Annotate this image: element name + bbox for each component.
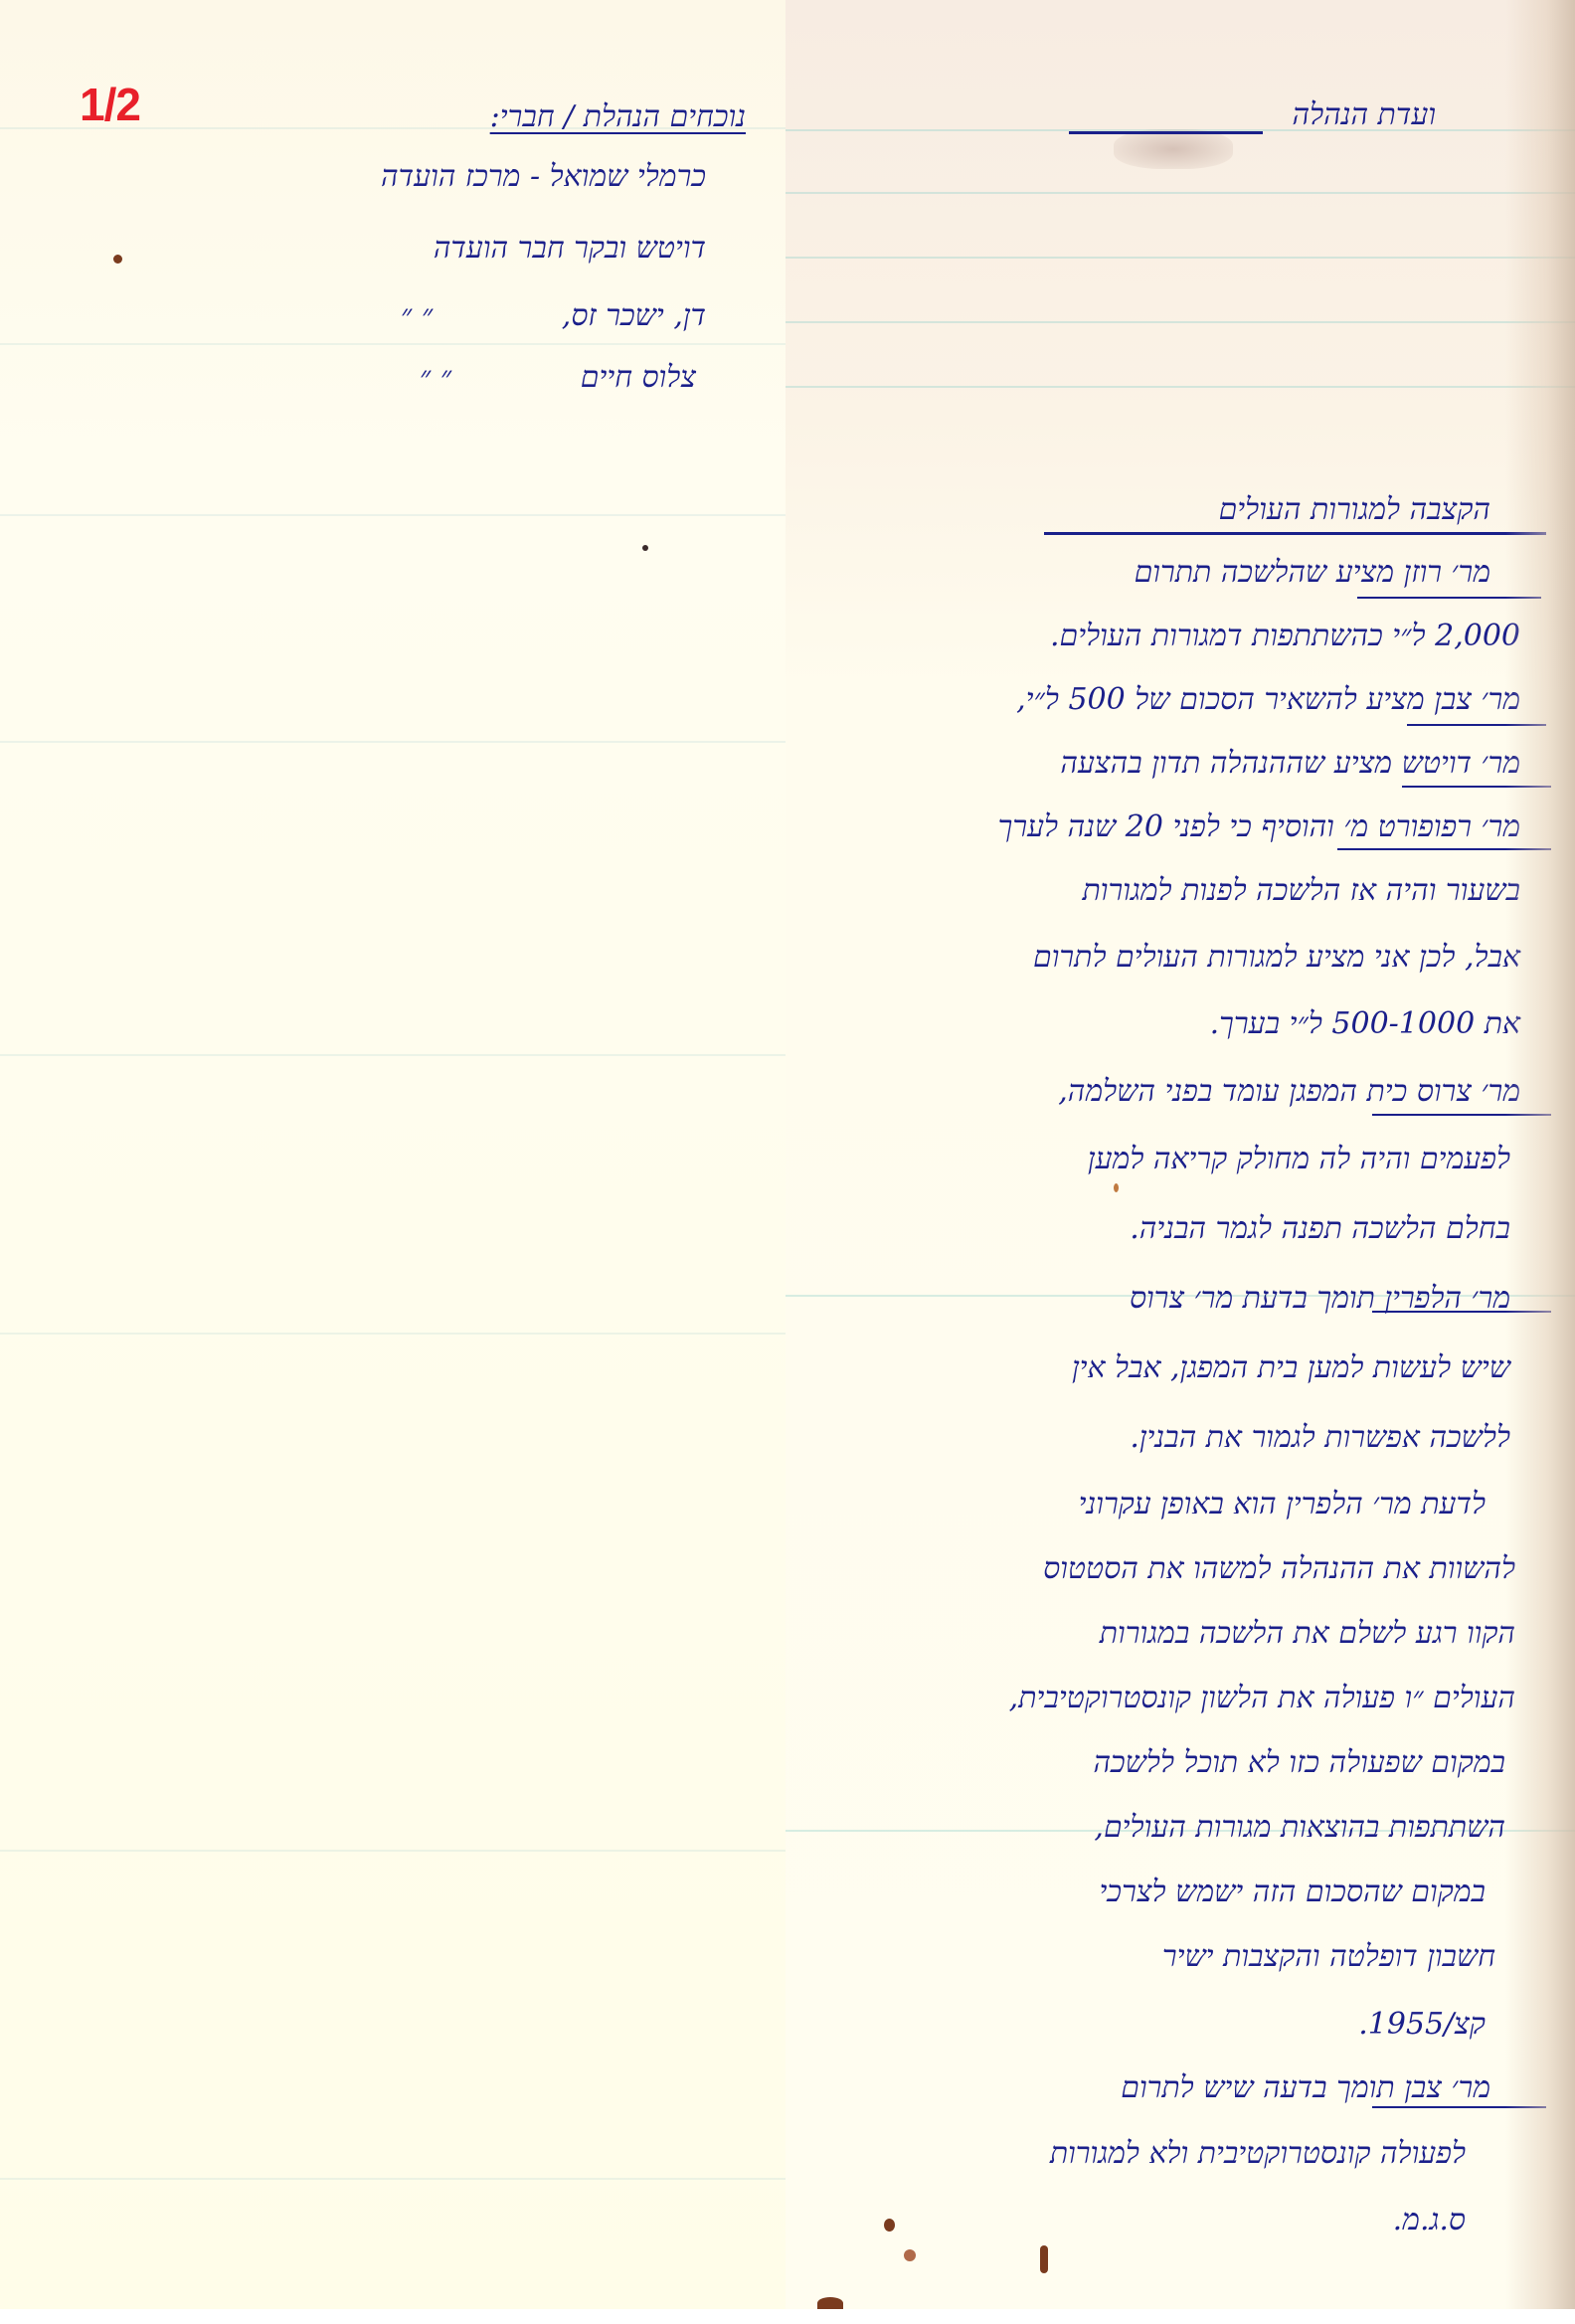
ink-stain [1114,1183,1119,1192]
attendee-row: דן, ישכר זס, ״ ״ [0,298,706,333]
minutes-line: בשעור והיה אז הלשכה לפנות למגורות [1082,873,1520,908]
minutes-line: לפעמים והיה לה מחולק קריאה למען [1088,1142,1510,1176]
attendees-heading: נוכחים הנהלת / חברי: [0,99,746,134]
attendee-row: כרמלי שמואל - מרכז הועדה [0,159,706,194]
minutes-signoff: ס.ג.מ. [1393,2203,1466,2237]
speaker-underline [1372,1114,1551,1116]
attendee-name: דויטש [636,231,706,266]
right-page: ועדת הנהלה הקצבה למגורות העולים מר׳ רוזן… [786,0,1575,2309]
minutes-line: להשוות את ההנהלה למשהו את הסטטוס [1043,1551,1515,1586]
minutes-line: מר׳ צבן מציע להשאיר הסכום של 500 ל״י, [1016,682,1520,717]
ink-stain [904,2249,916,2261]
attendee-role: ״ ״ [420,360,451,395]
ink-stain [817,2297,843,2309]
minutes-line: במקום שפעולה כזו לא תוכל ללשכה [1093,1745,1505,1780]
rule-line [786,257,1575,259]
rule-line [786,386,1575,388]
heading-underline [1069,131,1263,134]
section-title: הקצבה למגורות העולים [1219,492,1490,527]
attendee-row: צלוס חיים ״ ״ [0,360,696,395]
minutes-line: שיש לעשות למען בית המפגן, אבל אין [1072,1350,1510,1385]
attendee-role: ״ ״ [401,298,433,333]
speaker-underline [1407,724,1546,726]
attendee-name: דן, ישכר זס, [562,298,706,333]
ink-stain [884,2219,895,2232]
rule-line [0,514,786,516]
minutes-line: 2,000 ל״י כהשתתפות דמגורות העולים. [1050,619,1520,653]
minutes-line: מר׳ דויטש מציע שההנהלה תדון בהצעה [1060,746,1520,781]
speaker-underline [1372,1311,1551,1313]
attendee-name: כרמלי שמואל [550,159,706,194]
rule-line [786,321,1575,323]
ink-dot [642,545,648,551]
minutes-line: לדעת מר׳ הלפרין הוא באופן עקרוני [1079,1487,1486,1521]
speaker-underline [1372,2106,1546,2108]
minutes-line: במקום שהסכום הזה ישמש לצרכי [1100,1875,1486,1909]
rule-line [0,741,786,743]
minutes-line: לפעולה קונסטרוקטיבית ולא למגורות [1050,2136,1466,2171]
ink-stain [1040,2245,1048,2273]
attendee-role: - מרכז הועדה [381,159,540,194]
attendee-role: ובקר חבר הועדה [434,231,626,266]
date-line: קצ/1955. [1358,2007,1486,2042]
attendee-name: צלוס חיים [581,360,696,395]
rule-line [0,2178,786,2180]
minutes-line: חשבון דופלטה והקצבות ישיר [1162,1939,1495,1974]
minutes-line: מר׳ צבן תומך בדעה שיש לתרום [1121,2070,1490,2105]
left-page: 1/2 נוכחים הנהלת / חברי: כרמלי שמואל - מ… [0,0,786,2309]
minutes-line: אבל, לכן אני מציע למגורות העולים לתרום [1033,940,1520,975]
rule-line [0,343,786,345]
minutes-line: העולים ״ו פעולה את הלשון קונסטרוקטיבית, [1009,1681,1515,1715]
speaker-underline [1402,786,1551,788]
speaker-underline [1337,848,1551,850]
rule-line [0,1850,786,1852]
rule-line [0,1054,786,1056]
attendee-row: דויטש ובקר חבר הועדה [0,231,706,266]
rule-line [0,1333,786,1335]
minutes-line: הקוו רגע לשלם את הלשכה במגורות [1100,1616,1515,1651]
minutes-line: מר׳ רפופורט מ׳ והוסיף כי לפני 20 שנה לער… [998,809,1520,844]
rule-line [786,192,1575,194]
minutes-line: מר׳ רוזן מציע שהלשכה תתרום [1135,555,1490,590]
notebook-spread: 1/2 נוכחים הנהלת / חברי: כרמלי שמואל - מ… [0,0,1575,2309]
minutes-line: בחלם הלשכה תפנה לגמר הבניה. [1130,1211,1510,1246]
ink-stain [113,255,122,264]
minutes-line: השתתפות בהוצאות מגורות העולים, [1094,1810,1505,1845]
speaker-underline [1357,597,1541,599]
minutes-line: את 500-1000 ל״י בערך. [1210,1006,1520,1041]
page-heading: ועדת הנהלה [1293,97,1437,132]
section-title-underline [1044,532,1546,535]
minutes-line: מר׳ צרוס כית המפגן עומד בפני השלמה, [1058,1074,1520,1109]
paper-smudge [1114,129,1233,169]
minutes-line: ללשכה אפשרות לגמור את הבנין. [1130,1420,1510,1455]
